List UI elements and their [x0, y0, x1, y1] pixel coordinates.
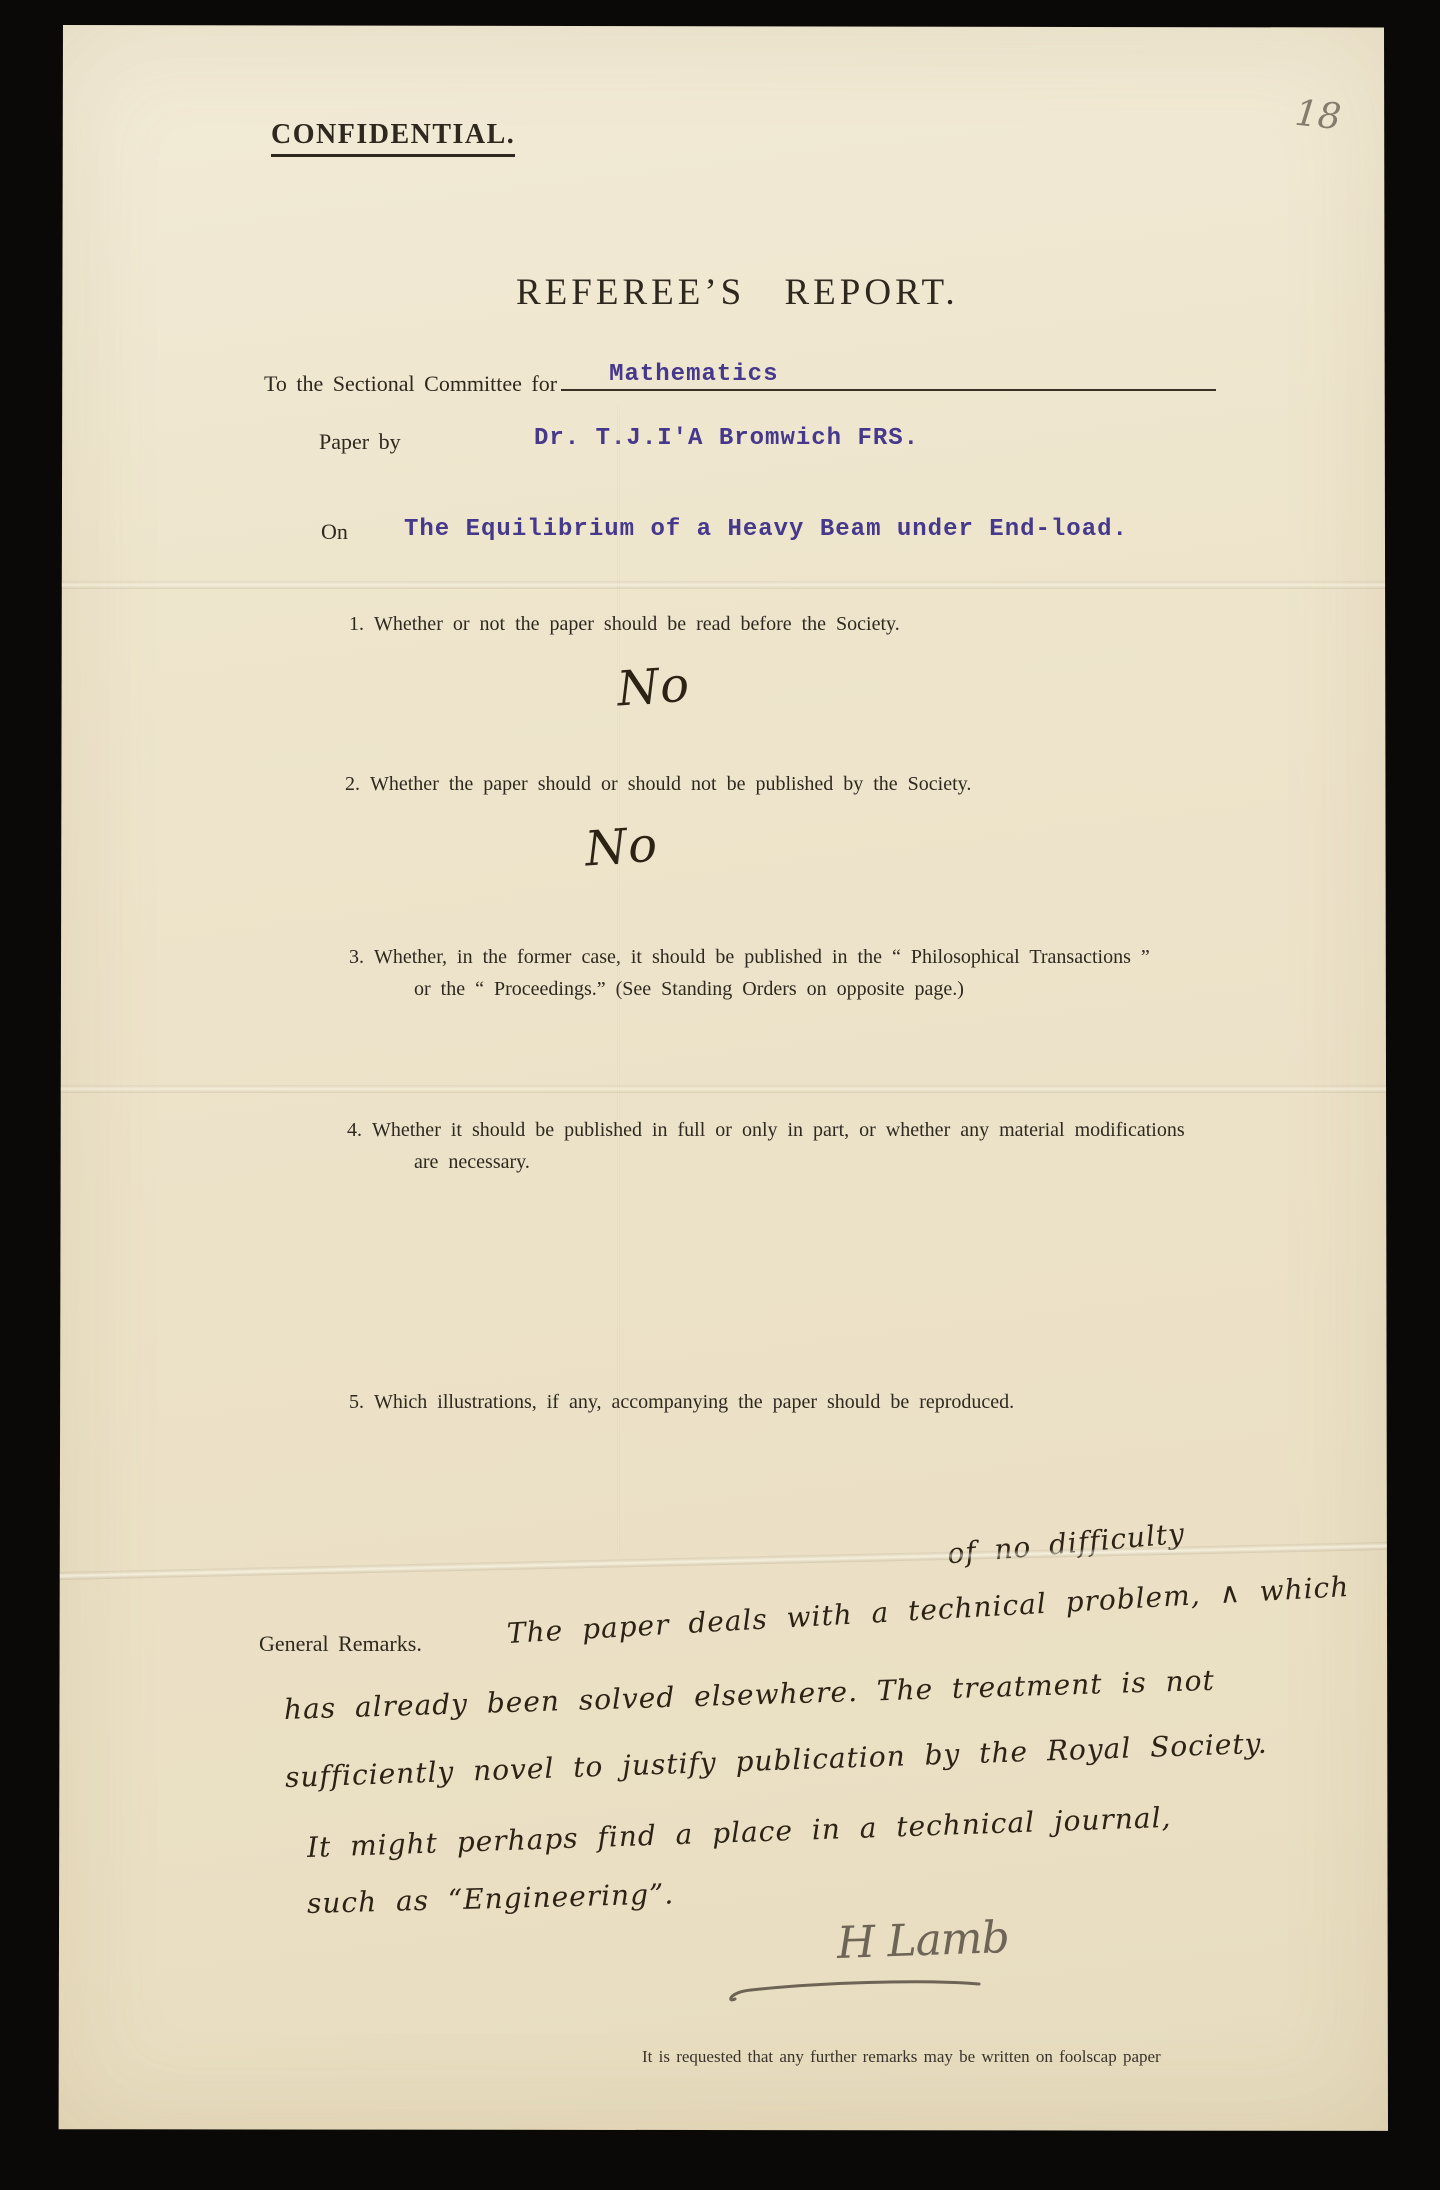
question-3-number: 3.	[349, 946, 374, 968]
question-1: 1.Whether or not the paper should be rea…	[349, 613, 900, 636]
page-number-pencil: 18	[1293, 93, 1343, 139]
committee-label: To the Sectional Committee for	[264, 371, 557, 397]
question-2-number: 2.	[345, 773, 370, 795]
remarks-line-2: has already been solved elsewhere. The t…	[283, 1664, 1215, 1726]
question-3-text-line1: Whether, in the former case, it should b…	[374, 946, 1150, 968]
question-5: 5.Which illustrations, if any, accompany…	[349, 1391, 1014, 1414]
question-5-number: 5.	[349, 1391, 374, 1413]
question-3-line2: or the “ Proceedings.” (See Standing Ord…	[414, 978, 964, 1001]
committee-fill-line: Mathematics	[561, 359, 1216, 391]
on-label: On	[321, 519, 348, 545]
page-title: REFEREE’S REPORT.	[516, 271, 959, 314]
question-2: 2.Whether the paper should or should not…	[345, 773, 971, 796]
question-4-text-line1: Whether it should be published in full o…	[372, 1119, 1185, 1141]
referee-report-page: CONFIDENTIAL. 18 REFEREE’S REPORT. To th…	[57, 25, 1388, 2133]
general-remarks-label: General Remarks.	[259, 1631, 422, 1657]
question-1-number: 1.	[349, 613, 374, 635]
paper-fold-line-middle	[57, 1085, 1388, 1093]
paper-by-value-typed: Dr. T.J.I'A Bromwich FRS.	[534, 425, 919, 452]
remarks-line-3: sufficiently novel to justify publicatio…	[284, 1727, 1268, 1794]
remarks-line-1: The paper deals with a technical problem…	[506, 1570, 1350, 1650]
question-4-line2: are necessary.	[414, 1151, 530, 1174]
question-4-number: 4.	[347, 1119, 372, 1141]
photo-background: { "document": { "page_number": "18", "co…	[0, 0, 1440, 2190]
paper-by-label: Paper by	[319, 429, 401, 455]
question-4-line1: 4.Whether it should be published in full…	[347, 1119, 1185, 1142]
referee-signature: H Lamb	[836, 1912, 1009, 1969]
question-1-text: Whether or not the paper should be read …	[374, 613, 900, 635]
answer-2-handwritten: No	[583, 817, 660, 878]
remarks-line-4: It might perhaps find a place in a techn…	[306, 1801, 1172, 1864]
question-2-text: Whether the paper should or should not b…	[370, 773, 971, 795]
question-5-text: Which illustrations, if any, accompanyin…	[374, 1391, 1014, 1413]
answer-1-handwritten: No	[615, 657, 692, 718]
paper-fold-line-bottom	[57, 1542, 1388, 1580]
question-3-line1: 3.Whether, in the former case, it should…	[349, 946, 1150, 969]
committee-line: To the Sectional Committee for Mathemati…	[264, 359, 1216, 397]
handwritten-insertion: of no difficulty	[946, 1517, 1186, 1571]
paper-title-typed: The Equilibrium of a Heavy Beam under En…	[404, 516, 1128, 543]
paper-fold-line-top	[57, 581, 1388, 589]
committee-value-typed: Mathematics	[609, 361, 778, 388]
signature-flourish	[725, 1975, 989, 2007]
confidential-stamp: CONFIDENTIAL.	[271, 119, 515, 157]
footer-instruction: It is requested that any further remarks…	[642, 2047, 1161, 2067]
remarks-line-5: such as “Engineering”.	[307, 1877, 675, 1920]
